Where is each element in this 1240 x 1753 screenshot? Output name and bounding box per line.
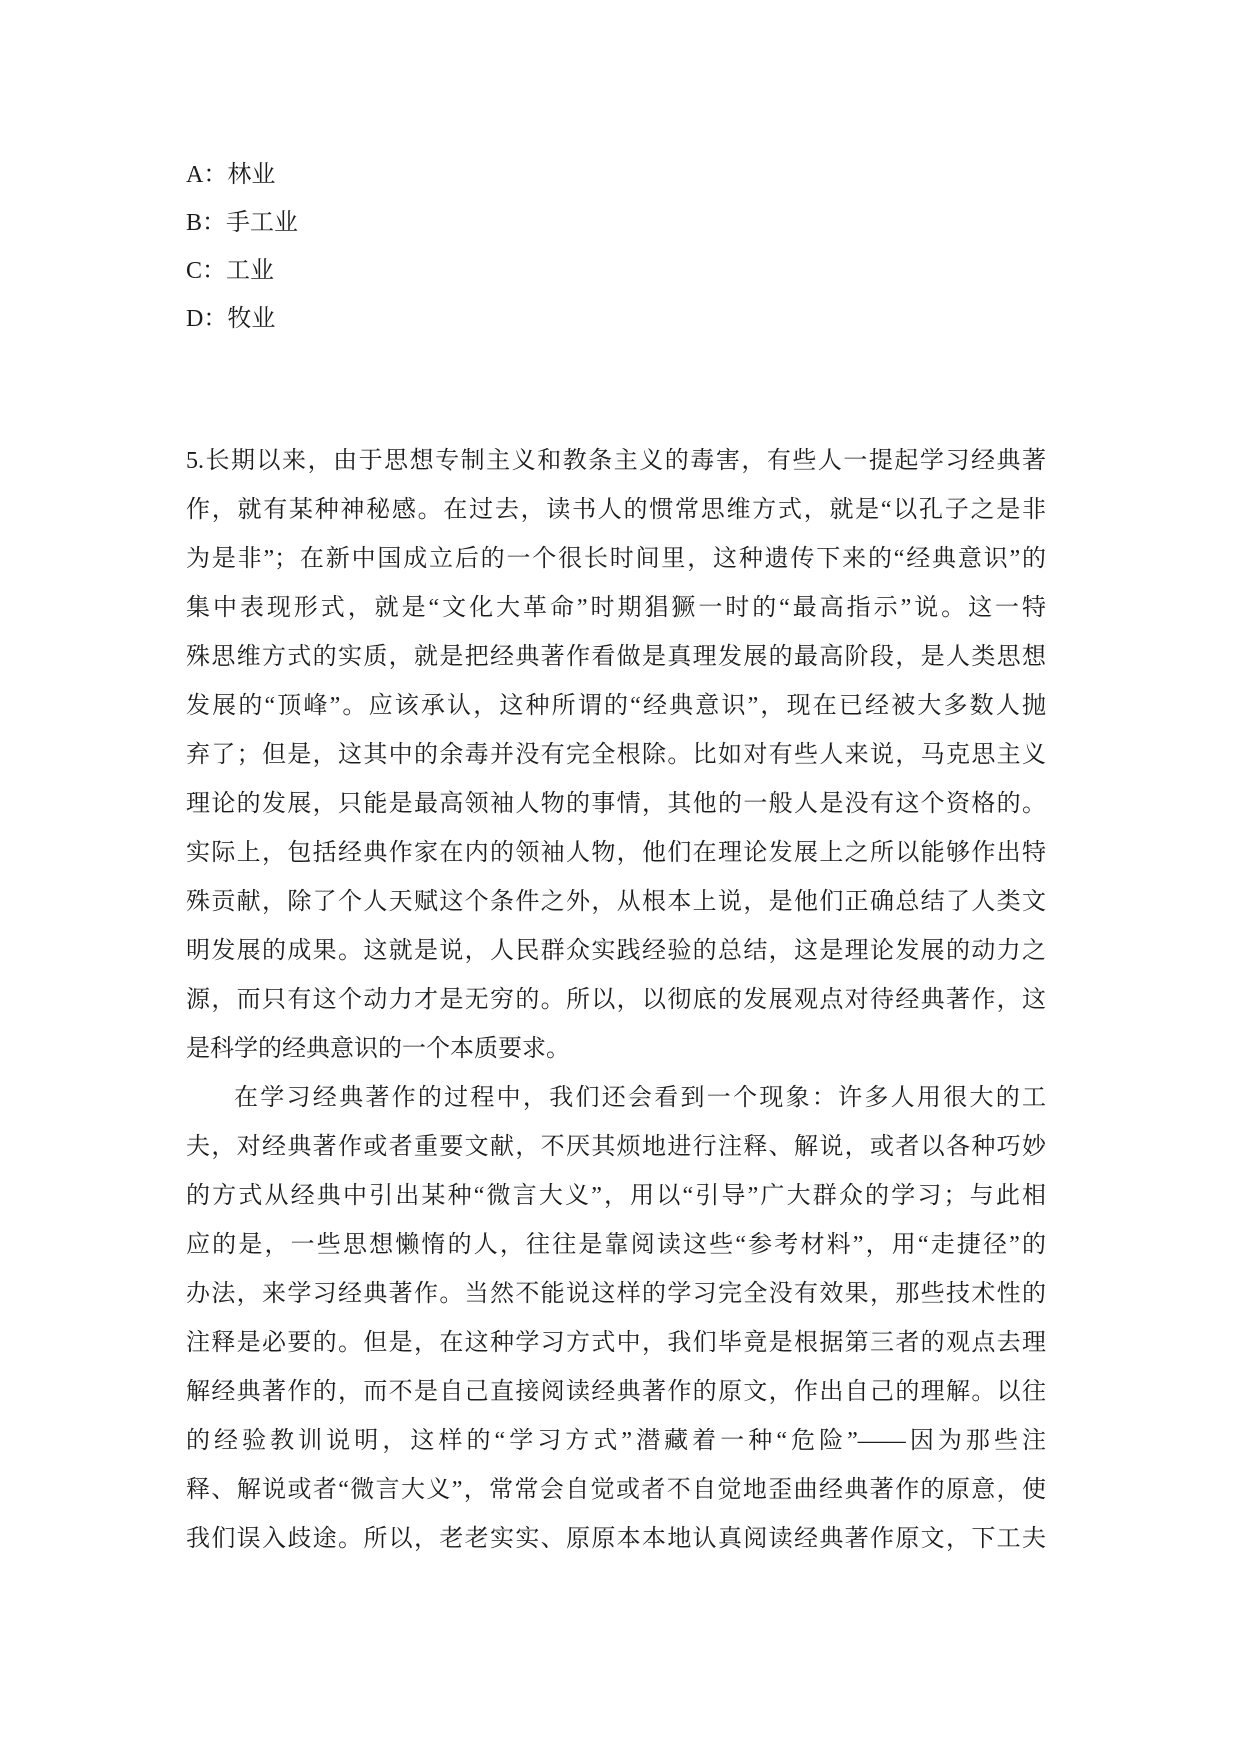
passage-line: 发展的“顶峰”。应该承认，这种所谓的“经典意识”，现在已经被大多数人抛 [186,682,1046,731]
passage-line: 殊贡献，除了个人天赋这个条件之外，从根本上说，是他们正确总结了人类文 [186,878,1046,927]
passage-line: 解经典著作的，而不是自己直接阅读经典著作的原文，作出自己的理解。以往 [186,1368,1046,1417]
passage-line: 的方式从经典中引出某种“微言大义”，用以“引导”广大群众的学习；与此相 [186,1172,1046,1221]
passage-line: 在学习经典著作的过程中，我们还会看到一个现象：许多人用很大的工 [186,1074,1046,1123]
passage-line: 应的是，一些思想懒惰的人，往往是靠阅读这些“参考材料”，用“走捷径”的 [186,1221,1046,1270]
passage-line: 殊思维方式的实质，就是把经典著作看做是真理发展的最高阶段，是人类思想 [186,633,1046,682]
document-page: A：林业 B：手工业 C：工业 D：牧业 5.长期以来，由于思想专制主义和教条主… [0,0,1240,1753]
passage-line: 明发展的成果。这就是说，人民群众实践经验的总结，这是理论发展的动力之 [186,927,1046,976]
passage-line: 实际上，包括经典作家在内的领袖人物，他们在理论发展上之所以能够作出特 [186,829,1046,878]
passage-line: 理论的发展，只能是最高领袖人物的事情，其他的一般人是没有这个资格的。 [186,780,1046,829]
passage-line: 我们误入歧途。所以，老老实实、原原本本地认真阅读经典著作原文，下工夫 [186,1515,1046,1564]
answer-options: A：林业 B：手工业 C：工业 D：牧业 [186,151,1046,343]
passage-line: 作，就有某种神秘感。在过去，读书人的惯常思维方式，就是“以孔子之是非 [186,486,1046,535]
passage-line: 释、解说或者“微言大义”，常常会自觉或者不自觉地歪曲经典著作的原意，使 [186,1466,1046,1515]
passage-line: 集中表现形式，就是“文化大革命”时期猖獗一时的“最高指示”说。这一特 [186,584,1046,633]
passage-line: 弃了；但是，这其中的余毒并没有完全根除。比如对有些人来说，马克思主义 [186,731,1046,780]
passage-line: 的经验教训说明，这样的“学习方式”潜藏着一种“危险”——因为那些注 [186,1417,1046,1466]
passage-line: 注释是必要的。但是，在这种学习方式中，我们毕竟是根据第三者的观点去理 [186,1319,1046,1368]
passage-line: 源，而只有这个动力才是无穷的。所以，以彻底的发展观点对待经典著作，这 [186,976,1046,1025]
passage-line: 办法，来学习经典著作。当然不能说这样的学习完全没有效果，那些技术性的 [186,1270,1046,1319]
option-b: B：手工业 [186,199,1046,247]
passage-line: 是科学的经典意识的一个本质要求。 [186,1025,1046,1074]
passage-line: 夫，对经典著作或者重要文献，不厌其烦地进行注释、解说，或者以各种巧妙 [186,1123,1046,1172]
passage-line: 5.长期以来，由于思想专制主义和教条主义的毒害，有些人一提起学习经典著 [186,437,1046,486]
passage-line: 为是非”；在新中国成立后的一个很长时间里，这种遗传下来的“经典意识”的 [186,535,1046,584]
question-5-passage: 5.长期以来，由于思想专制主义和教条主义的毒害，有些人一提起学习经典著 作，就有… [186,437,1046,1564]
option-c: C：工业 [186,247,1046,295]
option-a: A：林业 [186,151,1046,199]
option-d: D：牧业 [186,295,1046,343]
page-content: A：林业 B：手工业 C：工业 D：牧业 5.长期以来，由于思想专制主义和教条主… [186,151,1046,1564]
